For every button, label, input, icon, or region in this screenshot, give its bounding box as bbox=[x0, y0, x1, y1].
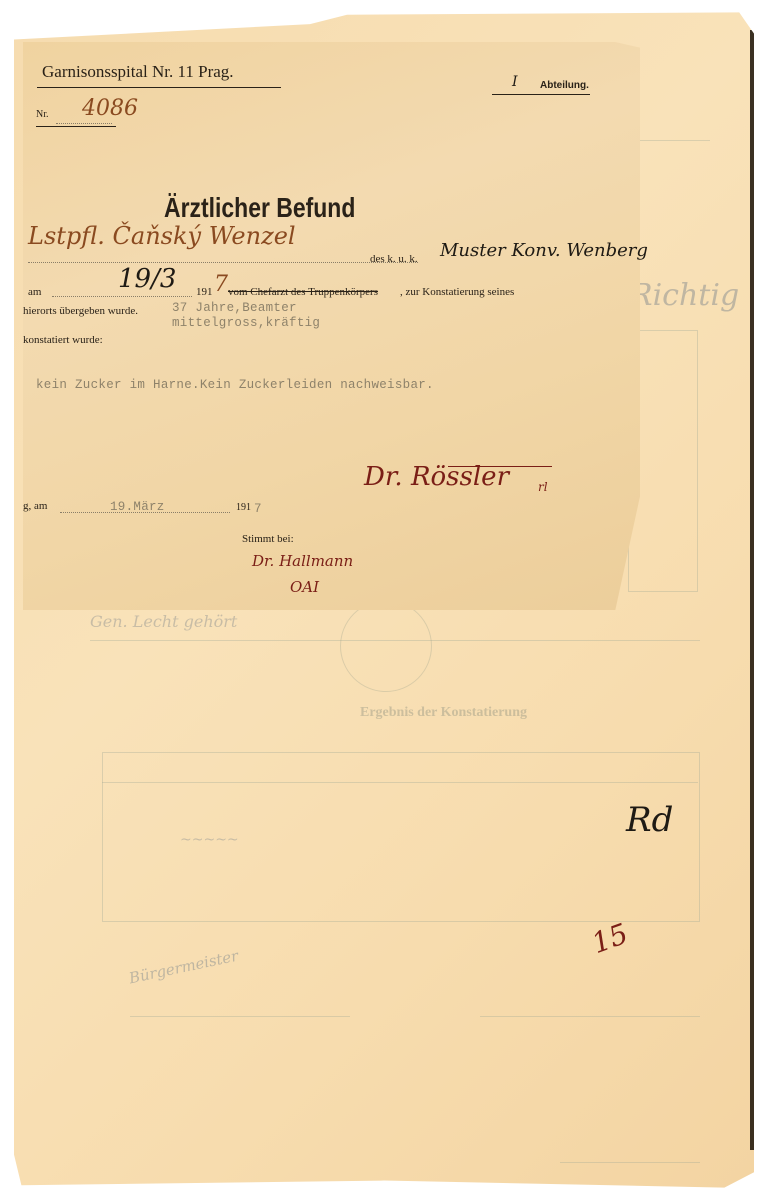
number-line bbox=[56, 123, 112, 124]
year-digit: 7 bbox=[214, 272, 228, 297]
faint-signature-rule bbox=[130, 1016, 350, 1017]
medical-report-slip bbox=[23, 42, 640, 610]
faint-signature-rule bbox=[480, 1016, 700, 1017]
hospital-name: Garnisonsspital Nr. 11 Prag. bbox=[42, 62, 234, 82]
agreement-label: Stimmt bei: bbox=[242, 533, 294, 545]
report-year-digit: 7 bbox=[254, 502, 262, 516]
report-year-prefix: 191 bbox=[236, 502, 251, 513]
patient-name: Lstpfl. Čaňský Wenzel bbox=[28, 222, 296, 250]
agreeing-signature: Dr. Hallmann bbox=[252, 552, 353, 570]
year-prefix: 191 bbox=[196, 286, 213, 298]
findings-text: kein Zucker im Harne.Kein Zuckerleiden n… bbox=[36, 378, 434, 392]
document-title: Ärztlicher Befund bbox=[164, 192, 355, 224]
number-rule bbox=[36, 126, 116, 127]
department-rule bbox=[492, 94, 590, 95]
number-label: Nr. bbox=[36, 109, 49, 120]
pencil-scribble: ~~~~~ bbox=[180, 832, 239, 848]
signature-suffix: rl bbox=[538, 480, 548, 494]
findings-label: konstatiert wurde: bbox=[23, 334, 103, 346]
patient-unit: Muster Konv. Wenberg bbox=[440, 240, 648, 261]
date-line bbox=[52, 296, 192, 297]
department-label: Abteilung. bbox=[540, 80, 589, 91]
patient-name-line bbox=[28, 262, 418, 263]
handwritten-mark-right: Rd bbox=[626, 800, 673, 840]
agreeing-signature-rank: OAI bbox=[290, 578, 319, 596]
place-date-label: g, am bbox=[23, 500, 47, 512]
typed-report-date: 19.März bbox=[110, 500, 165, 514]
department-number: I bbox=[512, 74, 518, 90]
faint-stamp bbox=[340, 600, 432, 692]
konstatierung-text: , zur Konstatierung seines bbox=[400, 286, 514, 298]
faint-signature-rule bbox=[560, 1162, 700, 1163]
faint-table-header-rule bbox=[102, 782, 698, 783]
typed-age-profession: 37 Jahre,Beamter bbox=[172, 301, 297, 315]
am-label: am bbox=[28, 286, 41, 298]
header-rule bbox=[37, 87, 281, 88]
handwritten-date: 19/3 bbox=[118, 264, 176, 294]
record-number: 4086 bbox=[82, 96, 138, 121]
typed-build: mittelgross,kräftig bbox=[172, 316, 320, 330]
faint-handwriting: Gen. Lecht gehört bbox=[90, 612, 237, 631]
handed-over-label: hierorts übergeben wurde. bbox=[23, 305, 138, 317]
faint-form-heading: Ergebnis der Konstatierung bbox=[360, 705, 527, 721]
pencil-note-top-right: Richtig bbox=[630, 278, 739, 313]
signature-stroke bbox=[448, 466, 552, 467]
struck-text: vom Chefarzt des Truppenkörpers bbox=[228, 286, 378, 298]
unit-prefix: des k. u. k. bbox=[370, 253, 418, 265]
